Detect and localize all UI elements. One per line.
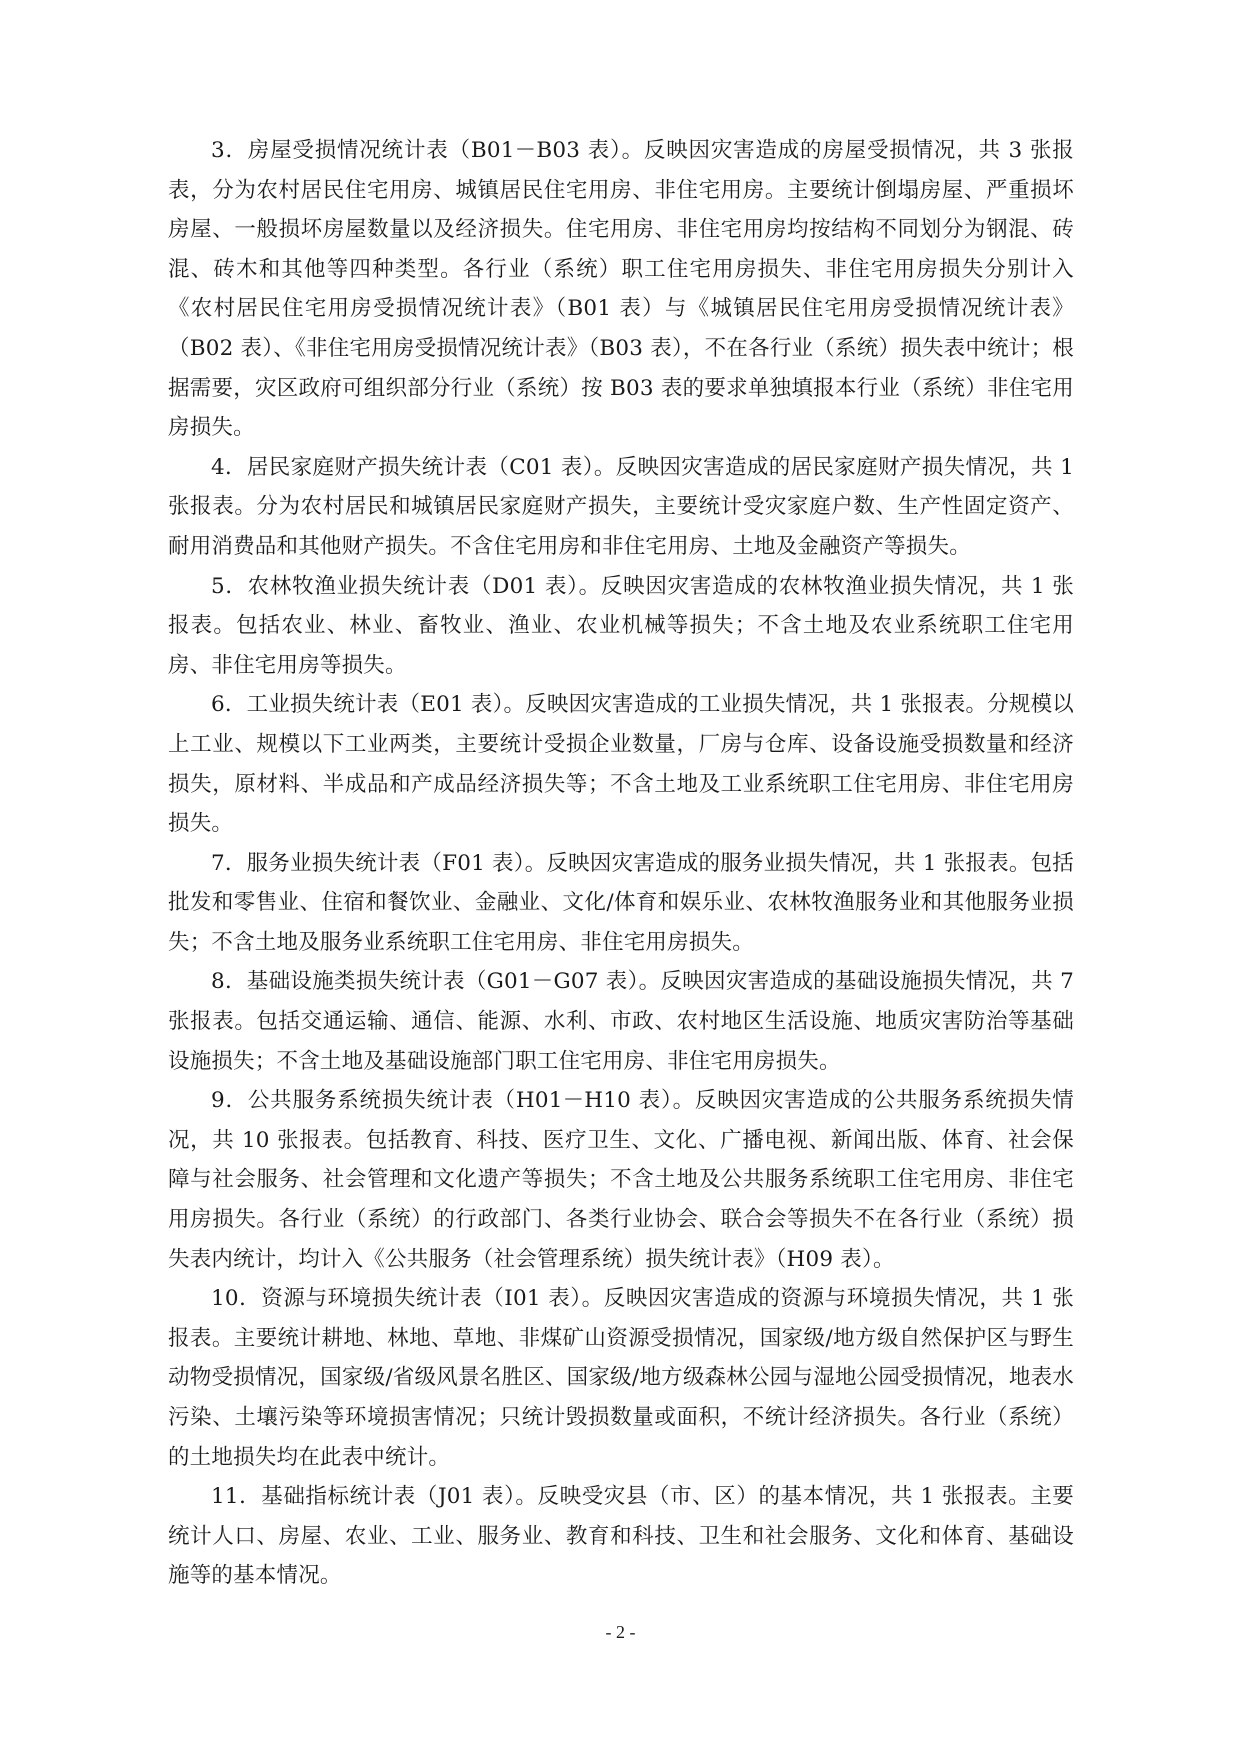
- paragraph-item-3-housing-damage: 3．房屋受损情况统计表（B01－B03 表）。反映因灾害造成的房屋受损情况，共 …: [168, 131, 1074, 448]
- paragraph-item-7-services: 7．服务业损失统计表（F01 表）。反映因灾害造成的服务业损失情况，共 1 张报…: [168, 844, 1074, 963]
- paragraph-item-4-household-property: 4．居民家庭财产损失统计表（C01 表）。反映因灾害造成的居民家庭财产损失情况，…: [168, 448, 1074, 567]
- paragraph-item-10-resources-environment: 10．资源与环境损失统计表（I01 表）。反映因灾害造成的资源与环境损失情况，共…: [168, 1279, 1074, 1477]
- paragraph-item-5-agriculture: 5．农林牧渔业损失统计表（D01 表）。反映因灾害造成的农林牧渔业损失情况，共 …: [168, 567, 1074, 686]
- paragraph-item-11-basic-indicators: 11．基础指标统计表（J01 表）。反映受灾县（市、区）的基本情况，共 1 张报…: [168, 1477, 1074, 1596]
- document-body: 3．房屋受损情况统计表（B01－B03 表）。反映因灾害造成的房屋受损情况，共 …: [168, 131, 1074, 1596]
- page-number: - 2 -: [0, 1622, 1241, 1643]
- paragraph-item-6-industry: 6．工业损失统计表（E01 表）。反映因灾害造成的工业损失情况，共 1 张报表。…: [168, 685, 1074, 843]
- paragraph-item-8-infrastructure: 8．基础设施类损失统计表（G01－G07 表）。反映因灾害造成的基础设施损失情况…: [168, 962, 1074, 1081]
- paragraph-item-9-public-services: 9．公共服务系统损失统计表（H01－H10 表）。反映因灾害造成的公共服务系统损…: [168, 1081, 1074, 1279]
